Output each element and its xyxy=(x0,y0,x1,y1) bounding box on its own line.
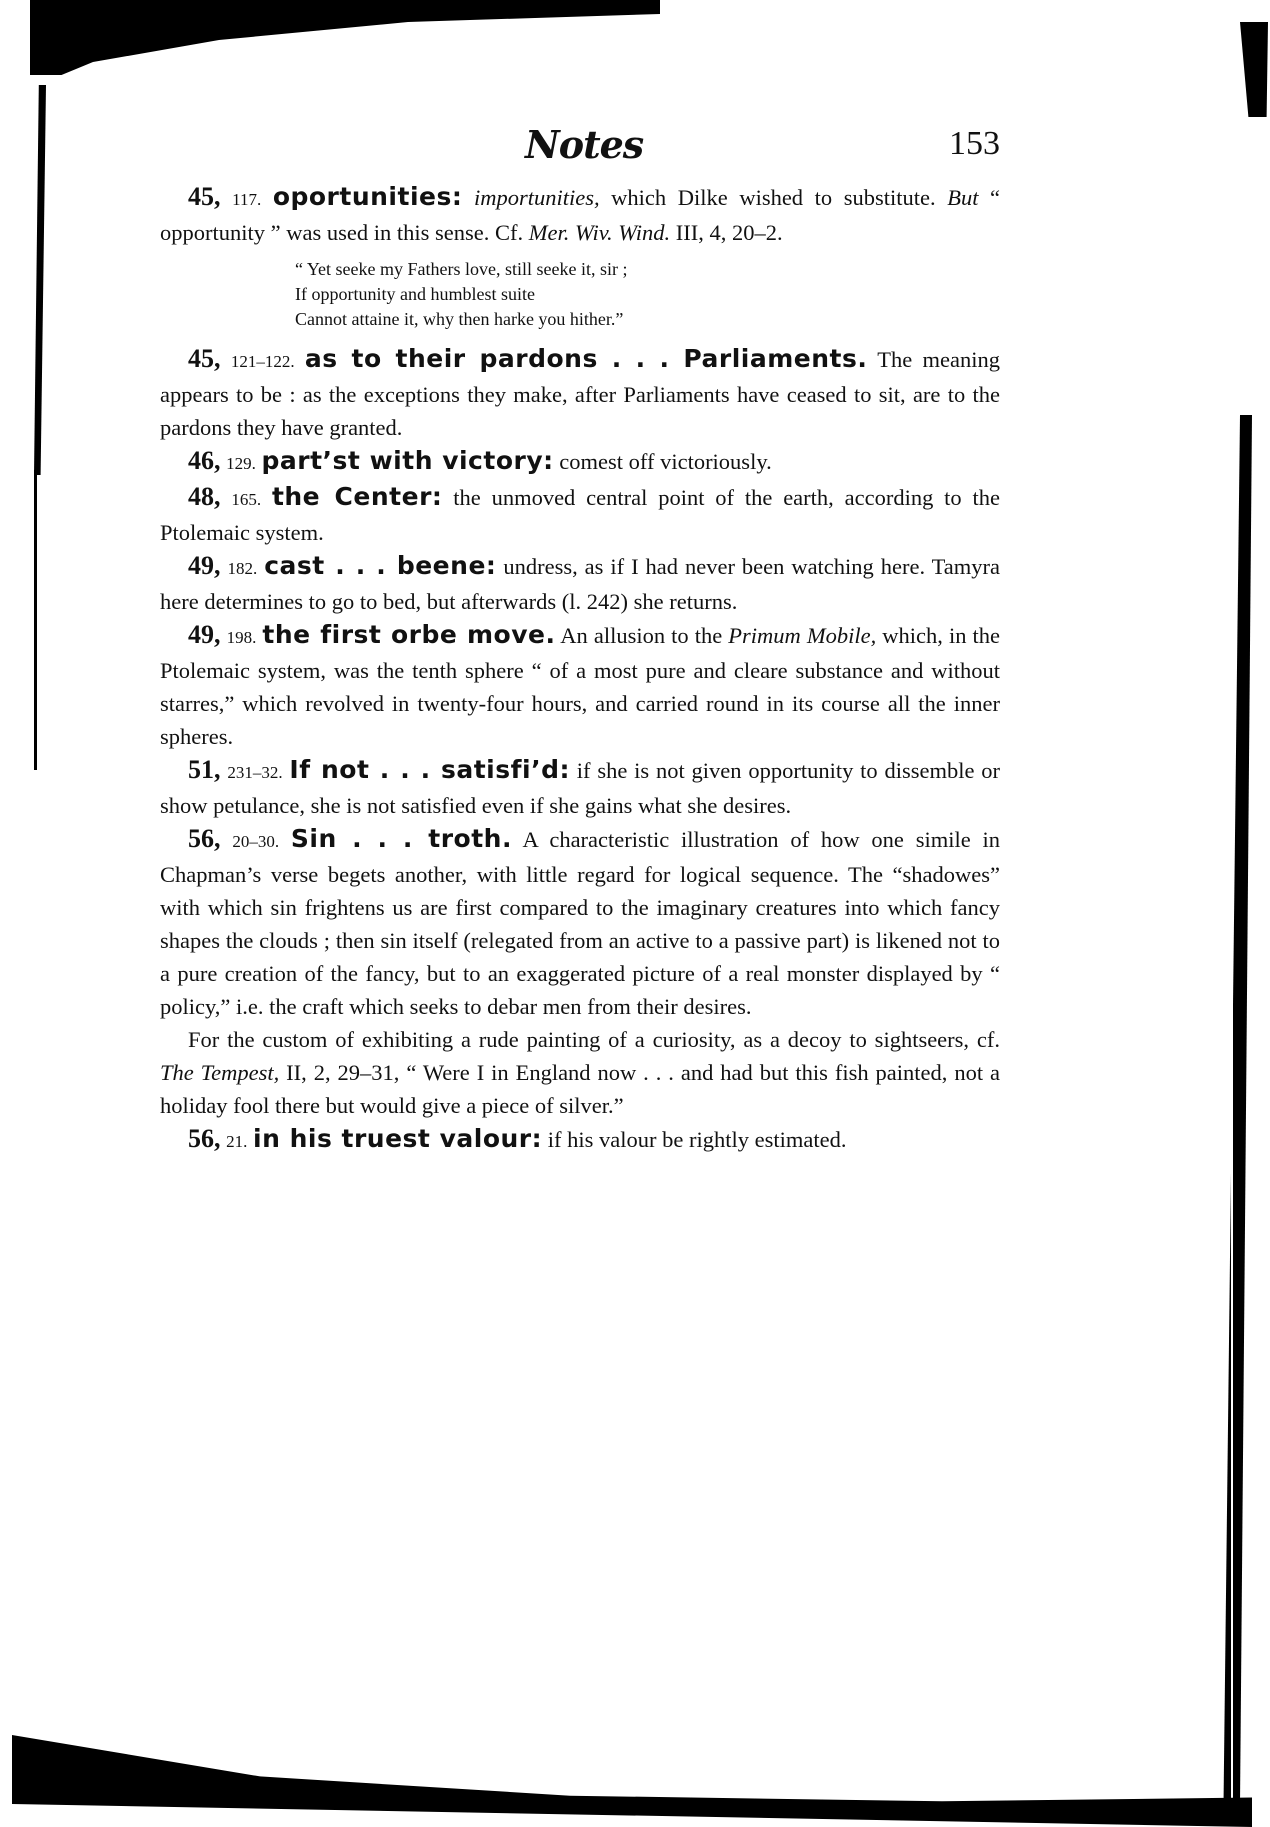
note-page-ref: 56, xyxy=(188,1124,221,1153)
note-page-ref: 48, xyxy=(188,482,221,511)
work-title: Mer. Wiv. Wind. xyxy=(529,220,670,245)
note-text: comest off victoriously. xyxy=(554,449,772,474)
note-lemma: If not . . . satisfi’d: xyxy=(289,755,570,784)
note-lemma: the Center: xyxy=(272,482,442,511)
note-text: II, 2, 29–31, “ Were I in England now . … xyxy=(160,1060,1000,1118)
scan-shadow-left-line xyxy=(34,470,37,770)
note-line-ref: 182. xyxy=(227,559,257,578)
note-lemma: cast . . . beene: xyxy=(264,551,496,580)
note-line-ref: 121–122. xyxy=(231,352,295,371)
note-entry: 49, 182. cast . . . beene: undress, as i… xyxy=(160,549,1000,618)
note-line-ref: 21. xyxy=(226,1132,247,1151)
note-page-ref: 45, xyxy=(188,344,221,373)
note-page-ref: 56, xyxy=(188,824,221,853)
note-text xyxy=(462,185,474,210)
note-text: if his valour be rightly estimated. xyxy=(542,1127,846,1152)
scan-shadow-top xyxy=(30,0,660,75)
note-entry: 49, 198. the first orbe move. An allusio… xyxy=(160,618,1000,753)
note-text: For the custom of exhibiting a rude pain… xyxy=(188,1027,1000,1052)
note-line-ref: 129. xyxy=(226,454,256,473)
note-lemma: oportunities: xyxy=(273,182,463,211)
note-lemma: in his truest valour: xyxy=(253,1124,542,1153)
note-lemma: as to their pardons . . . Parliaments. xyxy=(305,344,867,373)
running-head: Notes 153 xyxy=(160,110,1000,170)
note-text: A characteristic illustration of how one… xyxy=(160,827,1000,1019)
page-number: 153 xyxy=(949,125,1000,163)
note-text: if she is not given opportunity to disse… xyxy=(160,758,1000,818)
verse-line: If opportunity and humblest suite xyxy=(295,282,1000,307)
scan-shadow-right xyxy=(1222,415,1252,1805)
note-entry: 45, 121–122. as to their pardons . . . P… xyxy=(160,342,1000,444)
note-entry: 45, 117. oportunities: importunities, wh… xyxy=(160,180,1000,249)
note-line-ref: 165. xyxy=(231,490,261,509)
book-page: Notes 153 45, 117. oportunities: importu… xyxy=(160,110,1000,1158)
note-line-ref: 117. xyxy=(232,190,261,209)
work-title: The Tempest, xyxy=(160,1060,279,1085)
note-entry: 56, 20–30. Sin . . . troth. A characteri… xyxy=(160,822,1000,1023)
note-page-ref: 51, xyxy=(188,755,221,784)
note-text: III, 4, 20–2. xyxy=(670,220,782,245)
note-lemma: Sin . . . troth. xyxy=(291,824,512,853)
note-line-ref: 231–32. xyxy=(227,763,282,782)
note-lemma: the first orbe move. xyxy=(262,620,555,649)
note-entry: 51, 231–32. If not . . . satisfi’d: if s… xyxy=(160,753,1000,822)
note-text-italic: Primum Mobile, xyxy=(728,623,876,648)
note-text: An allusion to the xyxy=(555,623,728,648)
note-page-ref: 45, xyxy=(188,182,221,211)
note-line-ref: 20–30. xyxy=(232,832,279,851)
note-line-ref: 198. xyxy=(227,628,257,647)
note-entry: 46, 129. part’st with victory: comest of… xyxy=(160,444,1000,480)
note-page-ref: 49, xyxy=(188,620,221,649)
notes-body: 45, 117. oportunities: importunities, wh… xyxy=(160,180,1000,1158)
verse-line: Cannot attaine it, why then harke you hi… xyxy=(295,307,1000,332)
note-text-italic: importunities, xyxy=(474,185,600,210)
note-entry: 56, 21. in his truest valour: if his val… xyxy=(160,1122,1000,1158)
note-text: which Dilke wished to substitute. xyxy=(600,185,948,210)
note-entry: 48, 165. the Center: the unmoved central… xyxy=(160,480,1000,549)
scan-shadow-right-top xyxy=(1240,22,1268,117)
note-text-italic: But xyxy=(947,185,978,210)
note-continuation-paragraph: For the custom of exhibiting a rude pain… xyxy=(160,1023,1000,1122)
page-title: Notes xyxy=(525,122,643,167)
verse-line: “ Yet seeke my Fathers love, still seeke… xyxy=(295,257,1000,282)
scan-shadow-left xyxy=(34,85,46,475)
verse-quotation: “ Yet seeke my Fathers love, still seeke… xyxy=(295,257,1000,332)
scan-shadow-bottom xyxy=(12,1735,1252,1827)
note-page-ref: 49, xyxy=(188,551,221,580)
note-page-ref: 46, xyxy=(188,446,221,475)
note-lemma: part’st with victory: xyxy=(262,446,554,475)
